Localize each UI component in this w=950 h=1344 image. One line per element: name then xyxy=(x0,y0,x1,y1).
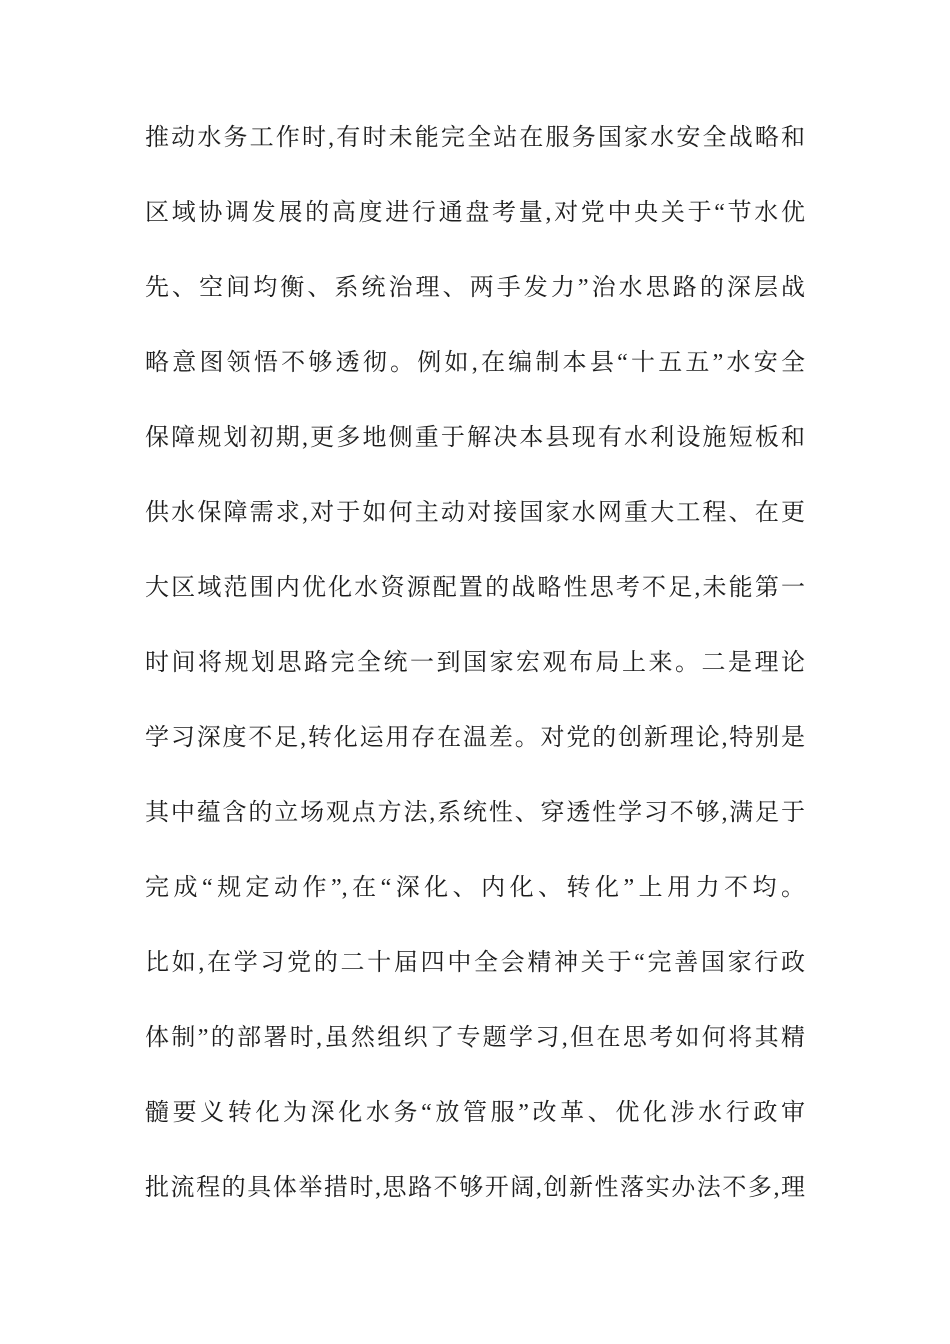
text-line: 保障规划初期,更多地侧重于解决本县现有水利设施短板和 xyxy=(145,401,805,476)
text-line: 推动水务工作时,有时未能完全站在服务国家水安全战略和 xyxy=(145,101,805,176)
text-line: 略意图领悟不够透彻。例如,在编制本县“十五五”水安全 xyxy=(145,326,805,401)
document-page: 推动水务工作时,有时未能完全站在服务国家水安全战略和 区域协调发展的高度进行通盘… xyxy=(0,0,950,1344)
text-line: 先、空间均衡、系统治理、两手发力”治水思路的深层战 xyxy=(145,251,805,326)
text-line: 体制”的部署时,虽然组织了专题学习,但在思考如何将其精 xyxy=(145,1001,805,1076)
text-line: 大区域范围内优化水资源配置的战略性思考不足,未能第一 xyxy=(145,551,805,626)
text-line: 比如,在学习党的二十届四中全会精神关于“完善国家行政 xyxy=(145,926,805,1001)
text-line: 批流程的具体举措时,思路不够开阔,创新性落实办法不多,理 xyxy=(145,1151,805,1226)
text-line: 供水保障需求,对于如何主动对接国家水网重大工程、在更 xyxy=(145,476,805,551)
text-line: 髓要义转化为深化水务“放管服”改革、优化涉水行政审 xyxy=(145,1076,805,1151)
text-line: 学习深度不足,转化运用存在温差。对党的创新理论,特别是 xyxy=(145,701,805,776)
text-line: 完成“规定动作”,在“深化、内化、转化”上用力不均。 xyxy=(145,851,805,926)
text-line: 其中蕴含的立场观点方法,系统性、穿透性学习不够,满足于 xyxy=(145,776,805,851)
text-line: 区域协调发展的高度进行通盘考量,对党中央关于“节水优 xyxy=(145,176,805,251)
text-line: 时间将规划思路完全统一到国家宏观布局上来。二是理论 xyxy=(145,626,805,701)
